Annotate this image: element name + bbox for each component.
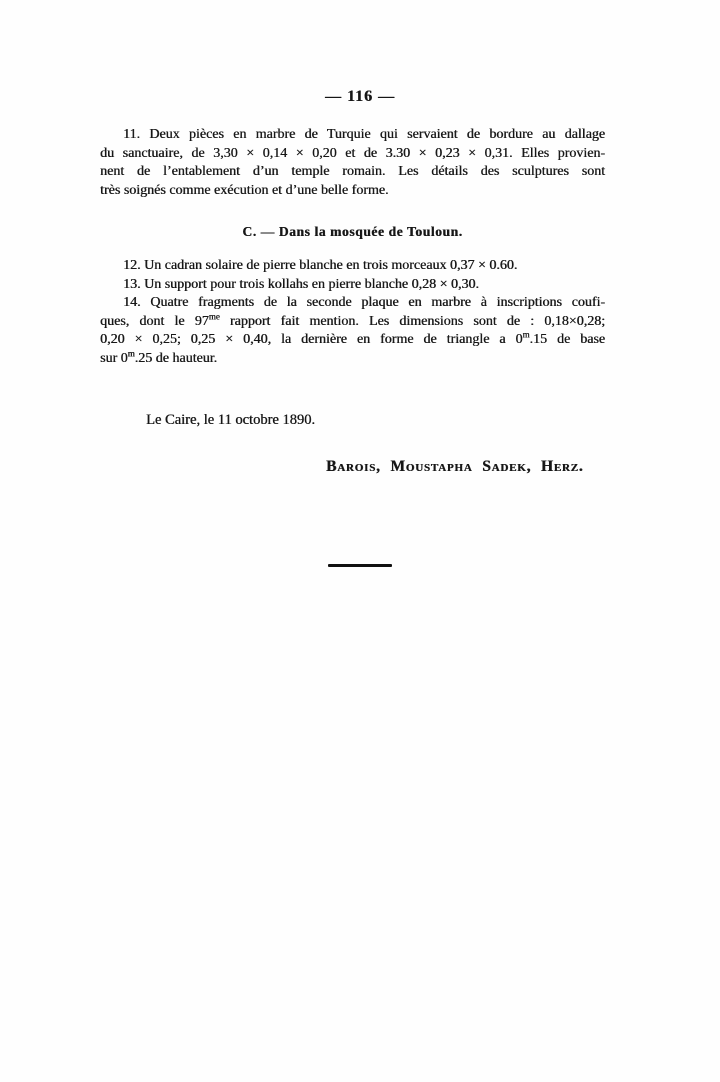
- item-14-line-2-text: ques, dont le 97: [100, 314, 209, 329]
- end-divider-rule: [328, 564, 392, 567]
- numbered-items: 12. Un cadran solaire de pierre blanche …: [100, 257, 605, 368]
- list-item-14-line-4: sur 0m.25 de hauteur.: [100, 350, 605, 369]
- item-14-line-4-text: sur 0: [100, 351, 128, 366]
- list-item-12: 12. Un cadran solaire de pierre blanche …: [100, 257, 605, 276]
- item-14-line-3-text-cont: .15 de base: [529, 332, 605, 347]
- item-14-line-4-text-cont: .25 de hauteur.: [135, 351, 217, 366]
- scanned-document-page: — 116 — 11. Deux pièces en marbre de Tur…: [0, 0, 720, 1082]
- page-number: — 116 —: [0, 88, 720, 106]
- list-item-14-line-2: ques, dont le 97me rapport fait mention.…: [100, 313, 605, 332]
- signature-names: Barois, Moustapha Sadek, Herz.: [326, 458, 583, 476]
- item-14-metre-superscript-2: m: [128, 348, 135, 358]
- item-14-line-2-text-cont: rapport fait mention. Les dimensions son…: [220, 314, 605, 329]
- paragraph-11-line-3: nent de l’entablement d’un temple romain…: [100, 163, 605, 182]
- section-heading-mosquee-touloun: C. — Dans la mosquée de Touloun.: [100, 224, 605, 240]
- paragraph-11: 11. Deux pièces en marbre de Turquie qui…: [100, 126, 605, 200]
- paragraph-11-line-2: du sanctuaire, de 3,30 × 0,14 × 0,20 et …: [100, 145, 605, 164]
- item-14-line-3-text: 0,20 × 0,25; 0,25 × 0,40, la dernière en…: [100, 332, 522, 347]
- dateline: Le Caire, le 11 octobre 1890.: [146, 412, 315, 429]
- list-item-14-line-3: 0,20 × 0,25; 0,25 × 0,40, la dernière en…: [100, 331, 605, 350]
- list-item-14-line-1: 14. Quatre fragments de la seconde plaqu…: [100, 294, 605, 313]
- item-14-ordinal-superscript: me: [209, 311, 220, 321]
- paragraph-11-line-4: très soignés comme exécution et d’une be…: [100, 182, 605, 201]
- list-item-13: 13. Un support pour trois kollahs en pie…: [100, 276, 605, 295]
- paragraph-11-line-1: 11. Deux pièces en marbre de Turquie qui…: [100, 126, 605, 145]
